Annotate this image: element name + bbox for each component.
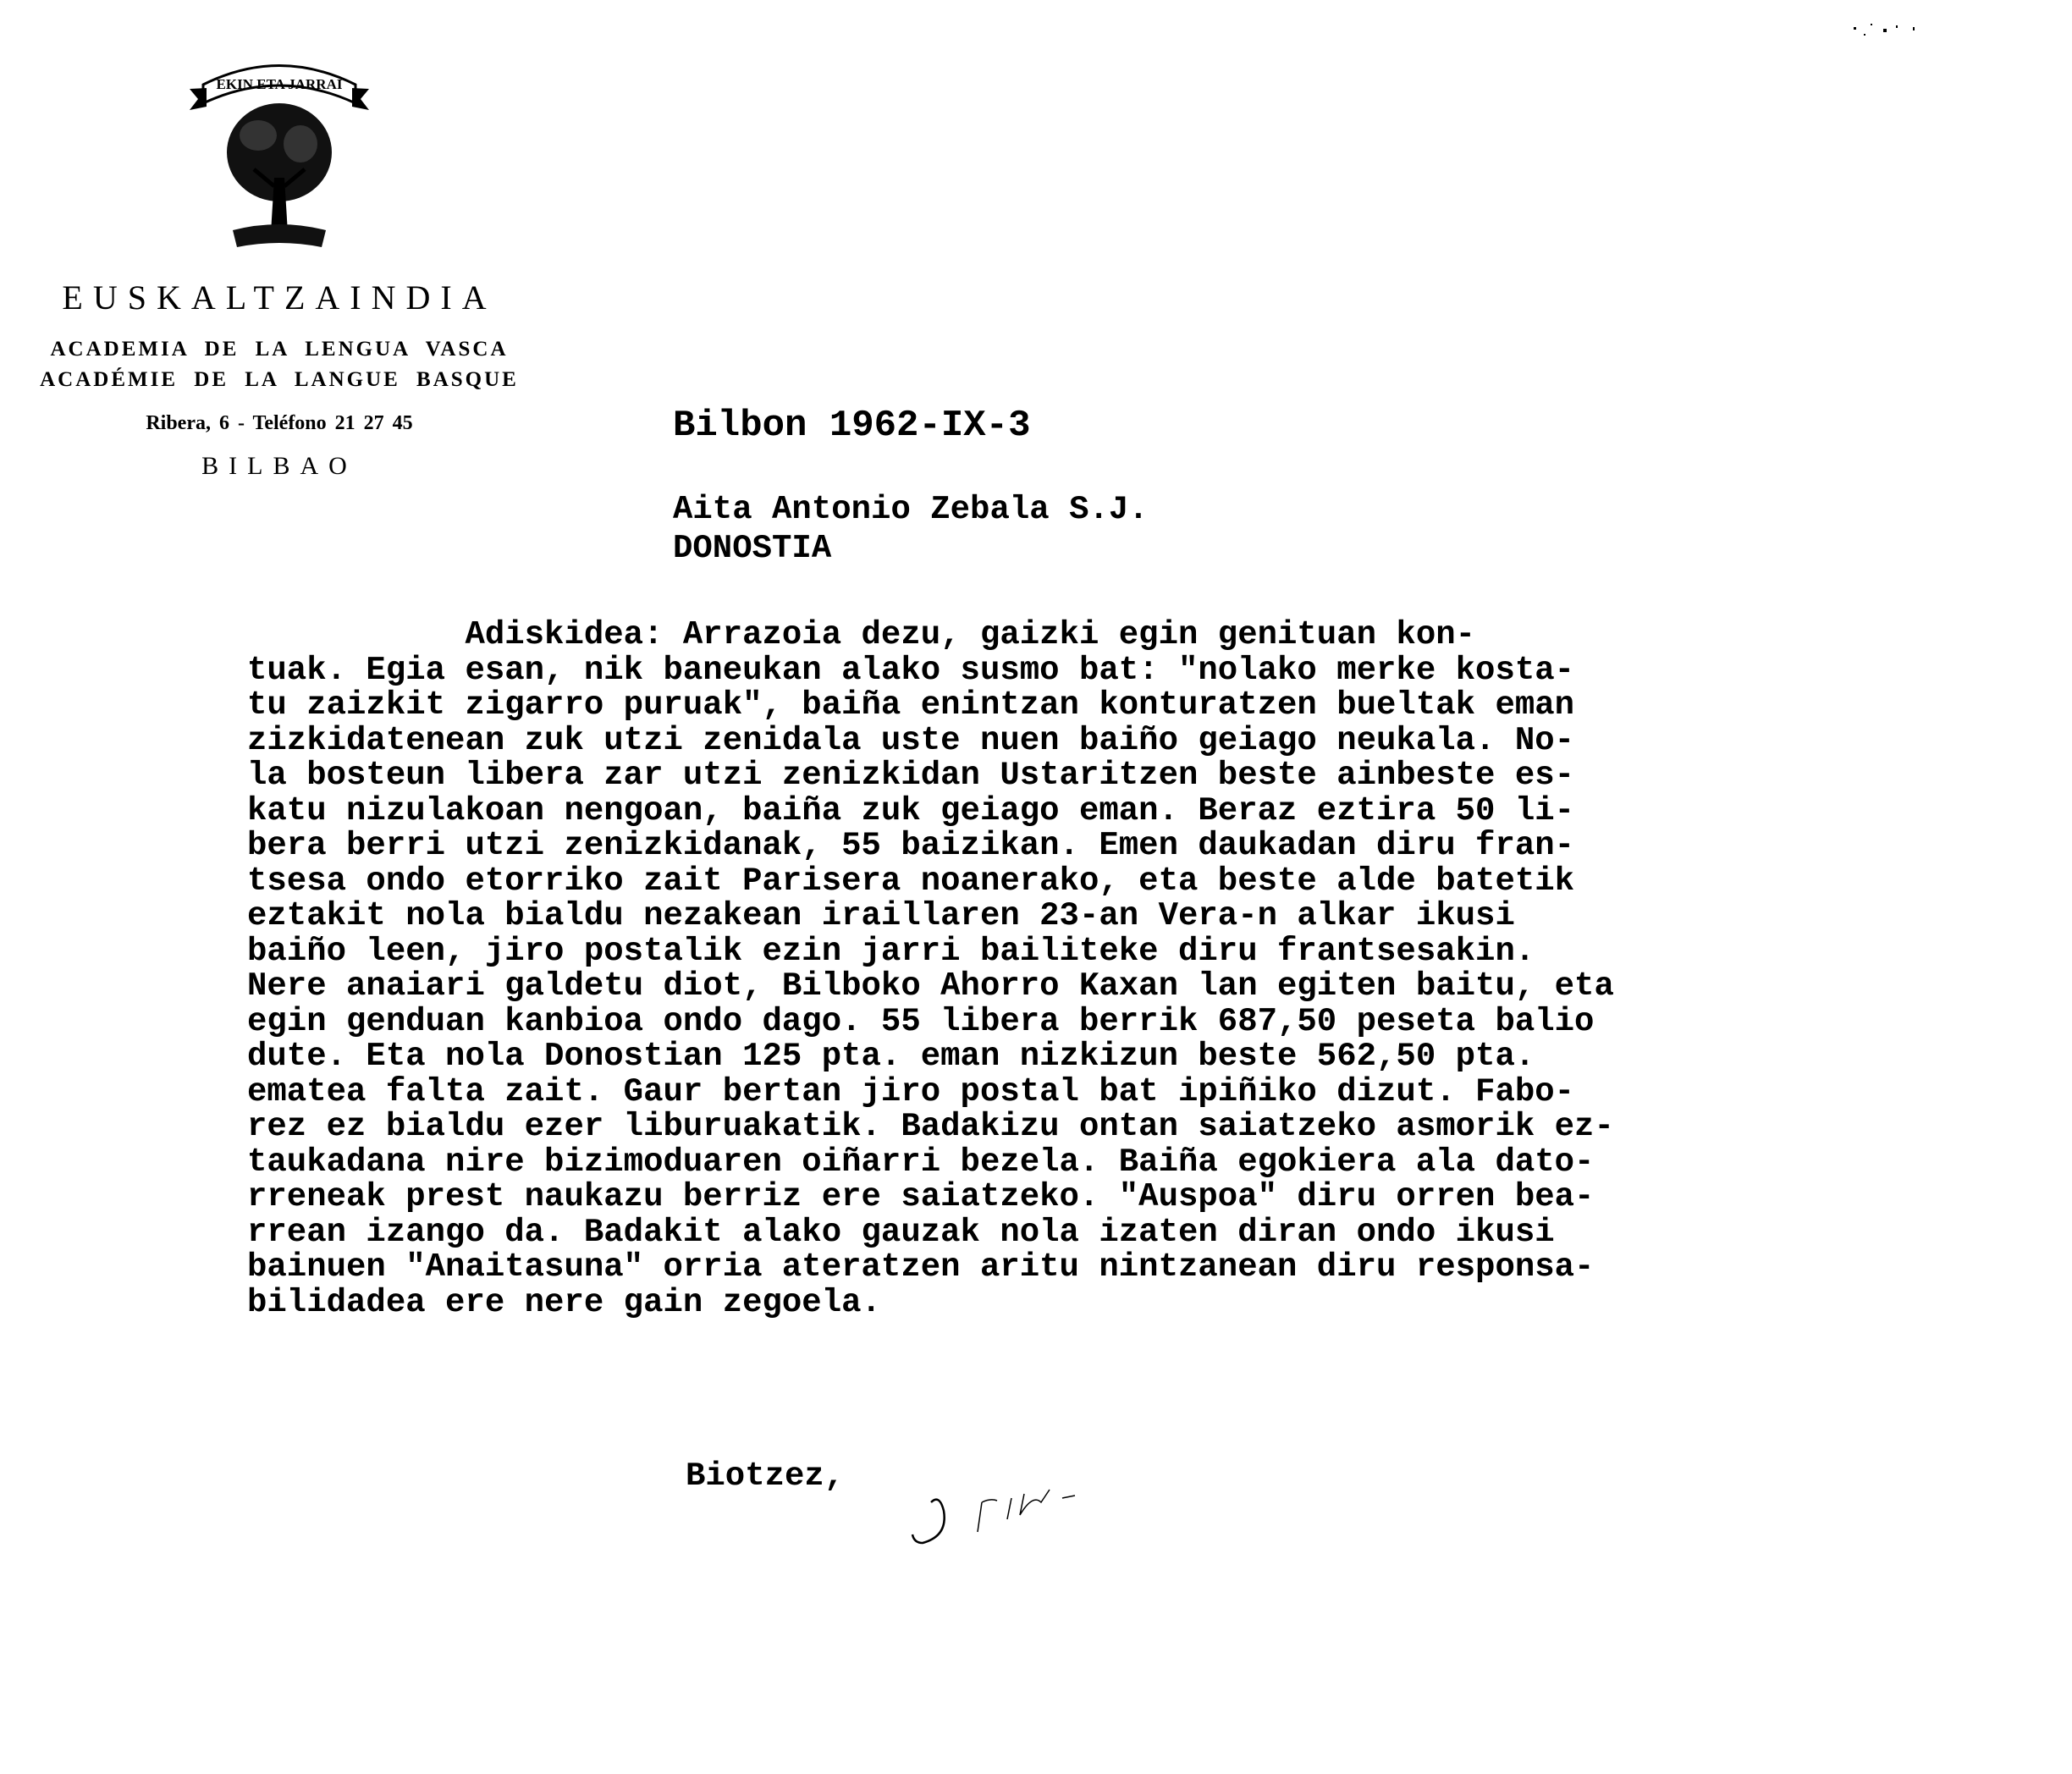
- organization-subtitle-fr: ACADÉMIE DE LA LANGUE BASQUE: [34, 365, 525, 395]
- body-line: tu zaizkit zigarro puruak", baiña enintz…: [247, 688, 1614, 724]
- body-line: tuak. Egia esan, nik baneukan alako susm…: [247, 653, 1614, 689]
- organization-subtitle-es: ACADEMIA DE LA LENGUA VASCA: [34, 334, 525, 365]
- letter-closing: Biotzez,: [686, 1457, 844, 1495]
- body-line: ematea falta zait. Gaur bertan jiro post…: [247, 1075, 1614, 1110]
- body-line: bainuen "Anaitasuna" orria ateratzen ari…: [247, 1250, 1614, 1286]
- body-line: taukadana nire bizimoduaren oiñarri beze…: [247, 1145, 1614, 1181]
- faint-stamp-mark: [1837, 17, 1930, 42]
- body-line: baiño leen, jiro postalik ezin jarri bai…: [247, 934, 1614, 970]
- body-line: bera berri utzi zenizkidanak, 55 baizika…: [247, 829, 1614, 864]
- recipient-name: Aita Antonio Zebala S.J.: [673, 491, 1149, 528]
- body-line: Nere anaiari galdetu diot, Bilboko Ahorr…: [247, 969, 1614, 1005]
- body-line: tsesa ondo etorriko zait Parisera noaner…: [247, 864, 1614, 900]
- body-line: rrean izango da. Badakit alako gauzak no…: [247, 1215, 1614, 1251]
- body-line: eztakit nola bialdu nezakean iraillaren …: [247, 899, 1614, 934]
- body-line: rez ez bialdu ezer liburuakatik. Badakiz…: [247, 1110, 1614, 1145]
- recipient-city: DONOSTIA: [673, 530, 831, 567]
- letterhead: EKIN ETA JARRAI EUSKALTZAINDIA ACADEMIA …: [34, 51, 525, 481]
- tree-emblem-icon: EKIN ETA JARRAI: [186, 51, 372, 254]
- body-line: la bosteun libera zar utzi zenizkidan Us…: [247, 758, 1614, 794]
- letter-date: Bilbon 1962-IX-3: [673, 405, 1030, 447]
- organization-city: BILBAO: [34, 452, 525, 481]
- svg-text:EKIN ETA JARRAI: EKIN ETA JARRAI: [217, 76, 343, 92]
- body-line: egin genduan kanbioa ondo dago. 55 liber…: [247, 1005, 1614, 1040]
- body-line: Adiskidea: Arrazoia dezu, gaizki egin ge…: [247, 618, 1614, 653]
- body-line: bilidadea ere nere gain zegoela.: [247, 1286, 1614, 1321]
- letter-body: Adiskidea: Arrazoia dezu, gaizki egin ge…: [247, 618, 1614, 1320]
- body-line: zizkidatenean zuk utzi zenidala uste nue…: [247, 724, 1614, 759]
- organization-name: EUSKALTZAINDIA: [34, 278, 525, 317]
- body-line: dute. Eta nola Donostian 125 pta. eman n…: [247, 1039, 1614, 1075]
- body-line: katu nizulakoan nengoan, baiña zuk geiag…: [247, 794, 1614, 829]
- organization-address: Ribera, 6 - Teléfono 21 27 45: [34, 412, 525, 435]
- body-line: rreneak prest naukazu berriz ere saiatze…: [247, 1180, 1614, 1215]
- handwritten-signature: [906, 1477, 1160, 1553]
